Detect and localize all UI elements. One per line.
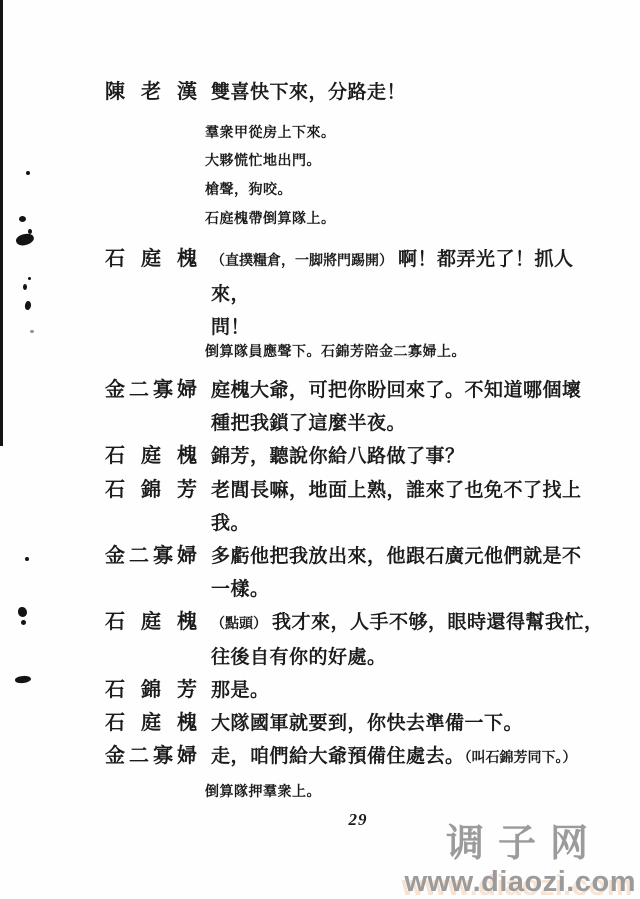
speaker-name: 陳老漢 xyxy=(105,76,197,109)
dialogue-line: 大隊國軍就要到，你快去準備一下。 xyxy=(211,713,523,734)
dialogue-entry: 金二寡婦 多虧他把我放出來，他跟石廣元他們就是不 一樣。 xyxy=(105,540,611,606)
dialogue-text: 那是。 xyxy=(211,674,611,707)
ink-speck xyxy=(23,284,27,290)
stage-direction: 槍聲，狗咬。 xyxy=(205,182,611,199)
stage-direction: 倒算隊押羣衆上。 xyxy=(205,784,611,801)
ink-speck xyxy=(30,330,34,333)
ink-speck xyxy=(21,620,26,625)
dialogue-line: 庭槐大爺，可把你盼回來了。不知道哪個壞 種把我鎖了這麼半夜。 xyxy=(211,380,582,434)
speaker-name: 石庭槐 xyxy=(105,606,197,639)
ink-smudge xyxy=(15,675,32,684)
stage-direction: 石庭槐帶倒算隊上。 xyxy=(205,211,611,228)
dialogue-entry: 金二寡婦 庭槐大爺，可把你盼回來了。不知道哪個壞 種把我鎖了這麼半夜。 xyxy=(105,374,611,440)
ink-smudge xyxy=(24,300,32,310)
stage-direction-inline: （直撲糧倉，一脚將門踢開） xyxy=(211,254,393,269)
dialogue-text: 走，咱們給大爺預備住處去。（叫石錦芳同下。） xyxy=(211,740,611,775)
dialogue-entry: 石庭槐 （點頭）我才來，人手不够，眼時還得幫我忙， 往後自有你的好處。 xyxy=(105,606,611,674)
dialogue-entry: 金二寡婦 走，咱們給大爺預備住處去。（叫石錦芳同下。） xyxy=(105,740,611,775)
dialogue-text: 老閭長嘛，地面上熟，誰來了也免不了找上 我。 xyxy=(211,474,611,540)
dialogue-line: 雙喜快下來，分路走！ xyxy=(211,82,406,103)
ink-speck xyxy=(28,277,31,280)
dialogue-entry: 石庭槐 （直撲糧倉，一脚將門踢開）啊！都弄光了！抓人來， 問！ xyxy=(105,243,611,344)
stage-direction-inline: （點頭） xyxy=(211,617,267,632)
ink-smudge xyxy=(18,607,27,617)
dialogue-text: （直撲糧倉，一脚將門踢開）啊！都弄光了！抓人來， 問！ xyxy=(211,243,611,344)
dialogue-text: 庭槐大爺，可把你盼回來了。不知道哪個壞 種把我鎖了這麼半夜。 xyxy=(211,374,611,440)
dialogue-entry: 石庭槐 大隊國軍就要到，你快去準備一下。 xyxy=(105,707,611,740)
dialogue-entry: 石庭槐 錦芳，聽說你給八路做了事？ xyxy=(105,440,611,473)
ink-smudge xyxy=(15,231,36,247)
dialogue-text: 錦芳，聽說你給八路做了事？ xyxy=(211,440,611,473)
dialogue-text: 雙喜快下來，分路走！ xyxy=(211,76,611,109)
speaker-name: 石庭槐 xyxy=(105,440,197,473)
ink-speck xyxy=(19,216,26,222)
watermark-site-name: 调子网 xyxy=(446,812,602,867)
ink-speck xyxy=(28,229,32,234)
ink-speck xyxy=(25,557,29,561)
watermark-site-url: www.diaozi.com xyxy=(404,866,636,899)
speaker-name: 石錦芳 xyxy=(105,474,197,507)
dialogue-entry: 石錦芳 老閭長嘛，地面上熟，誰來了也免不了找上 我。 xyxy=(105,474,611,540)
stage-direction: 大夥慌忙地出門。 xyxy=(205,153,611,170)
ink-speck xyxy=(26,171,30,175)
dialogue-text: （點頭）我才來，人手不够，眼時還得幫我忙， 往後自有你的好處。 xyxy=(211,606,611,674)
speaker-name: 金二寡婦 xyxy=(105,374,197,407)
dialogue-line: 走，咱們給大爺預備住處去。 xyxy=(211,746,465,767)
dialogue-line: 那是。 xyxy=(211,680,270,701)
speaker-name: 石庭槐 xyxy=(105,707,197,740)
speaker-name: 金二寡婦 xyxy=(105,540,197,573)
speaker-name: 石錦芳 xyxy=(105,674,197,707)
dialogue-entry: 石錦芳 那是。 xyxy=(105,674,611,707)
dialogue-line: 我才來，人手不够，眼時還得幫我忙， 往後自有你的好處。 xyxy=(211,612,604,668)
dialogue-line: 多虧他把我放出來，他跟石廣元他們就是不 一樣。 xyxy=(211,546,582,600)
stage-direction-inline: （叫石錦芳同下。） xyxy=(465,751,577,766)
dialogue-line: 錦芳，聽說你給八路做了事？ xyxy=(211,446,465,467)
stage-direction: 倒算隊員應聲下。石錦芳陪金二寡婦上。 xyxy=(205,344,611,361)
scanned-page: 陳老漢 雙喜快下來，分路走！ 羣衆甲從房上下來。 大夥慌忙地出門。 槍聲，狗咬。… xyxy=(0,0,640,899)
dialogue-text: 大隊國軍就要到，你快去準備一下。 xyxy=(211,707,611,740)
speaker-name: 金二寡婦 xyxy=(105,740,197,773)
speaker-name: 石庭槐 xyxy=(105,243,197,276)
script-text-block: 陳老漢 雙喜快下來，分路走！ 羣衆甲從房上下來。 大夥慌忙地出門。 槍聲，狗咬。… xyxy=(105,76,611,830)
stage-direction: 羣衆甲從房上下來。 xyxy=(205,125,611,142)
dialogue-line: 老閭長嘛，地面上熟，誰來了也免不了找上 我。 xyxy=(211,480,582,534)
dialogue-text: 多虧他把我放出來，他跟石廣元他們就是不 一樣。 xyxy=(211,540,611,606)
scan-edge-line xyxy=(0,0,3,446)
dialogue-entry: 陳老漢 雙喜快下來，分路走！ xyxy=(105,76,611,109)
